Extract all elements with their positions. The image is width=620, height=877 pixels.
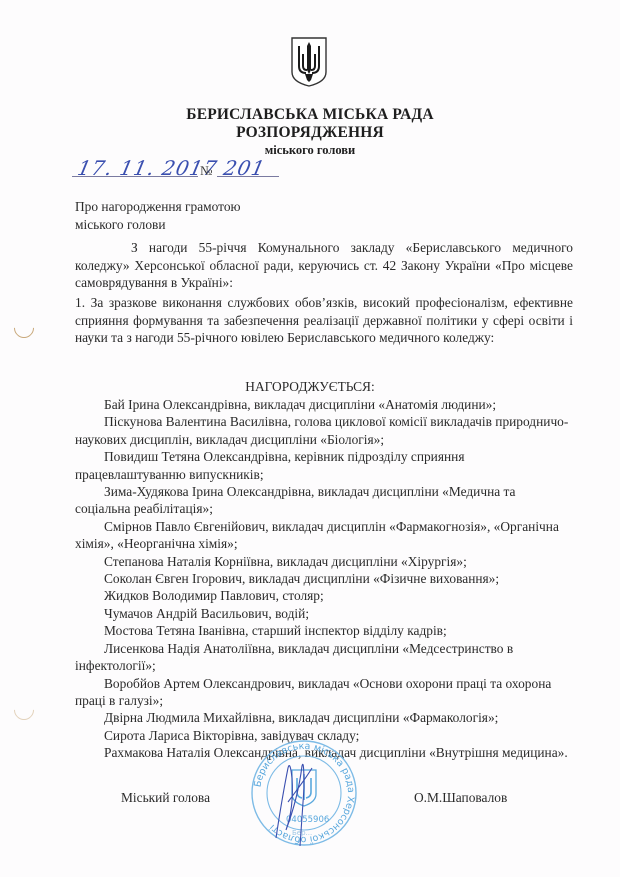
- awardee-item: Двірна Людмила Михайлівна, викладач дисц…: [75, 709, 573, 726]
- svg-text:Бер...: Бер...: [292, 829, 312, 837]
- awardees-list: Бай Ірина Олександрівна, викладач дисцип…: [75, 396, 573, 762]
- document-type: РОЗПОРЯДЖЕННЯ: [0, 124, 620, 142]
- signatory-name: О.М.Шаповалов: [414, 789, 507, 807]
- punch-hole-mark: [10, 314, 38, 342]
- signatory-position: Міський голова: [121, 789, 210, 807]
- awardee-item: Бай Ірина Олександрівна, викладач дисцип…: [75, 396, 573, 413]
- preamble-paragraph: З нагоди 55-річчя Комунального закладу «…: [75, 239, 573, 292]
- awardee-item: Повидиш Тетяна Олександрівна, керівник п…: [75, 448, 573, 483]
- awardee-item: Піскунова Валентина Василівна, голова ци…: [75, 413, 573, 448]
- subject: Про нагородження грамотою міського голов…: [75, 198, 241, 233]
- number-sign: №: [200, 163, 212, 179]
- official-stamp-icon: Бериславська міська рада Херсонської обл…: [246, 738, 362, 848]
- awardee-item: Жидков Володимир Павлович, столяр;: [75, 587, 573, 604]
- awardee-item: Чумачов Андрій Васильович, водій;: [75, 605, 573, 622]
- awardee-item: Степанова Наталія Корніївна, викладач ди…: [75, 553, 573, 570]
- coat-of-arms-icon: [289, 36, 329, 88]
- subject-line-1: Про нагородження грамотою: [75, 198, 241, 216]
- awardee-item: Соколан Євген Ігорович, викладач дисципл…: [75, 570, 573, 587]
- subject-line-2: міського голови: [75, 216, 241, 234]
- awardee-item: Мостова Тетяна Іванівна, старший інспект…: [75, 622, 573, 639]
- council-name: БЕРИСЛАВСЬКА МІСЬКА РАДА: [0, 106, 620, 124]
- number-underline: [217, 176, 279, 177]
- awardee-item: Зима-Худякова Ірина Олександрівна, викла…: [75, 483, 573, 518]
- awardee-item: Лисенкова Надія Анатоліївна, викладач ди…: [75, 640, 573, 675]
- awardee-item: Воробйов Артем Олександрович, викладач «…: [75, 675, 573, 710]
- awardee-item: Смірнов Павло Євгенійович, викладач дисц…: [75, 518, 573, 553]
- date-underline: [72, 176, 198, 177]
- svg-text:04055906: 04055906: [286, 815, 329, 825]
- punch-hole-mark: [10, 696, 38, 724]
- award-heading: НАГОРОДЖУЄТЬСЯ:: [0, 379, 620, 395]
- clause-1-paragraph: 1. За зразкове виконання службових обов’…: [75, 294, 573, 347]
